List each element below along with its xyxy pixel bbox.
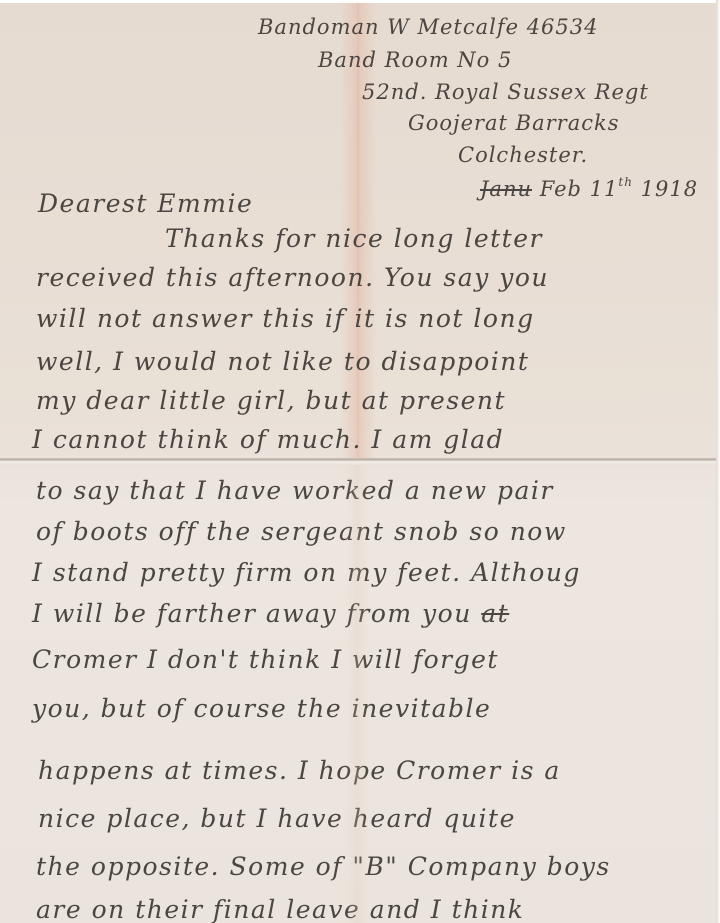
body-line-text: I will be farther away from you — [32, 599, 472, 628]
body-line: of boots off the sergeant snob so now — [36, 519, 567, 544]
body-line: Cromer I don't think I will forget — [32, 647, 499, 672]
date-day-suffix: th — [618, 175, 633, 189]
body-line: will not answer this if it is not long — [36, 306, 535, 331]
body-line: you, but of course the inevitable — [32, 696, 491, 721]
salutation: Dearest Emmie — [38, 191, 253, 216]
date-month: Feb — [540, 177, 582, 201]
date-year: 1918 — [641, 177, 698, 201]
struck-month: Janu — [480, 177, 532, 201]
body-line: I cannot think of much. I am glad — [32, 427, 504, 452]
body-line: Thanks for nice long letter — [165, 226, 543, 251]
barracks-line: Goojerat Barracks — [408, 113, 620, 134]
town-line: Colchester. — [458, 145, 588, 166]
regiment-line: 52nd. Royal Sussex Regt — [362, 82, 649, 103]
sender-line: Bandoman W Metcalfe 46534 — [258, 17, 599, 38]
letter-page: Bandoman W Metcalfe 46534 Band Room No 5… — [0, 3, 716, 923]
horizontal-fold-crease — [0, 458, 716, 464]
body-line: to say that I have worked a new pair — [36, 478, 554, 503]
body-line: my dear little girl, but at present — [36, 388, 506, 413]
room-line: Band Room No 5 — [318, 50, 512, 71]
body-line: received this afternoon. You say you — [36, 265, 549, 290]
date-day: 11 — [590, 177, 619, 201]
page-right-edge — [716, 0, 720, 923]
body-line: well, I would not like to disappoint — [36, 349, 529, 374]
body-line: I stand pretty firm on my feet. Althoug — [32, 560, 581, 585]
struck-word: at — [481, 599, 509, 628]
body-line: happens at times. I hope Cromer is a — [38, 758, 561, 783]
body-line: nice place, but I have heard quite — [38, 806, 516, 831]
body-line: the opposite. Some of "B" Company boys — [36, 854, 611, 879]
body-line: I will be farther away from you at — [32, 601, 509, 626]
body-line: are on their final leave and I think — [36, 897, 524, 922]
date-line: Janu Feb 11th 1918 — [480, 176, 698, 200]
